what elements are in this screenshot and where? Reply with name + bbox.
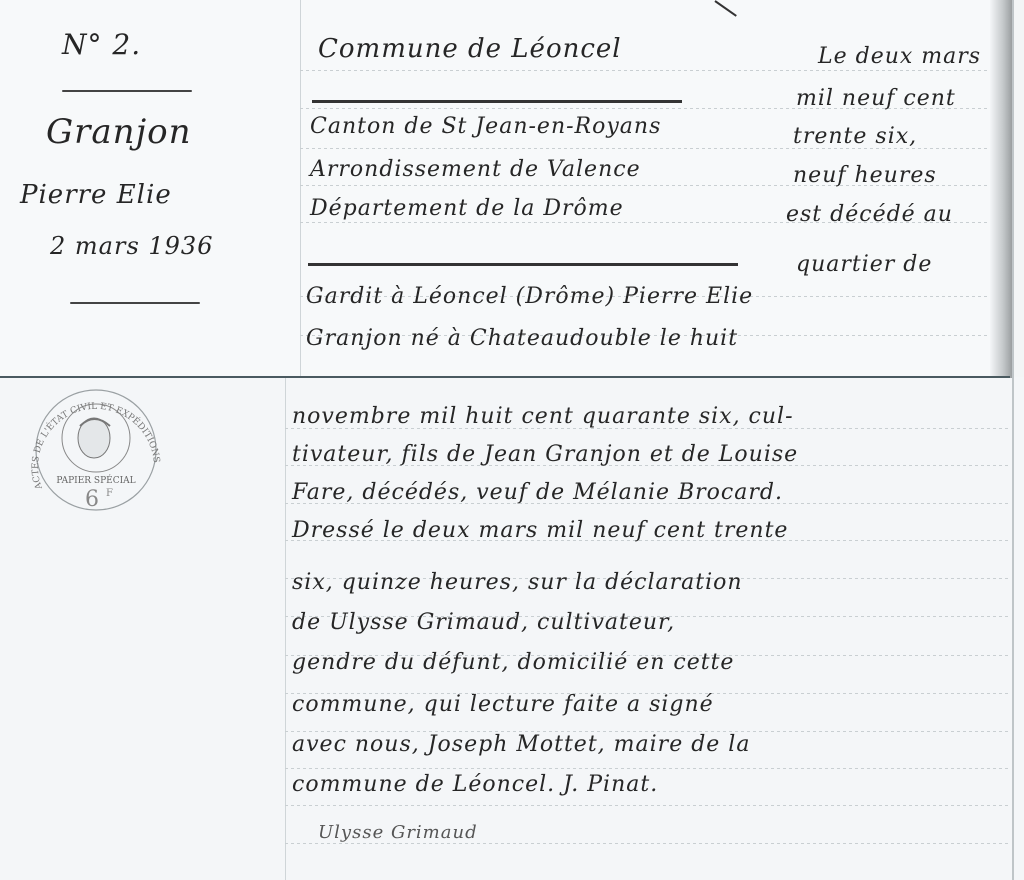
body-line: Granjon né à Chateaudouble le huit — [306, 326, 738, 351]
record-number: N° 2. — [62, 28, 141, 61]
svg-text:6: 6 — [85, 487, 99, 512]
right-line: trente six, — [793, 124, 917, 149]
signature: Ulysse Grimaud — [318, 822, 478, 843]
body-line: commune de Léoncel. J. Pinat. — [292, 772, 658, 797]
ruled-line — [285, 768, 1010, 769]
right-line: mil neuf cent — [796, 86, 956, 111]
right-line: Le deux mars — [818, 44, 981, 69]
stamp-seal-icon: ACTES DE L'ÉTAT CIVIL ET EXPÉDITIONS PAP… — [22, 388, 170, 514]
body-line: six, quinze heures, sur la déclaration — [292, 570, 743, 595]
right-line: neuf heures — [793, 163, 937, 188]
body-line: de Ulysse Grimaud, cultivateur, — [292, 610, 675, 635]
right-line: quartier de — [796, 252, 932, 277]
margin-given-names: Pierre Elie — [20, 180, 172, 210]
svg-text:PAPIER SPÉCIAL: PAPIER SPÉCIAL — [56, 474, 135, 486]
svg-text:F: F — [106, 488, 113, 499]
body-line: novembre mil huit cent quarante six, cul… — [292, 404, 794, 429]
header-arrondissement: Arrondissement de Valence — [310, 157, 641, 182]
right-line: est décédé au — [786, 202, 953, 227]
body-line: commune, qui lecture faite a signé — [292, 692, 714, 717]
body-line: Dressé le deux mars mil neuf cent trente — [292, 518, 788, 543]
ruled-line — [300, 70, 990, 71]
ruled-line — [285, 805, 1010, 806]
tax-stamp: ACTES DE L'ÉTAT CIVIL ET EXPÉDITIONS PAP… — [22, 388, 170, 514]
body-line: tivateur, fils de Jean Granjon et de Lou… — [292, 442, 798, 467]
page-fold-shadow — [990, 0, 1012, 378]
body-line: avec nous, Joseph Mottet, maire de la — [292, 732, 750, 757]
margin-surname: Granjon — [46, 112, 192, 152]
body-line: gendre du défunt, domicilié en cette — [292, 650, 734, 675]
header-commune: Commune de Léoncel — [318, 34, 622, 64]
page-edge — [1012, 0, 1014, 880]
margin-divider — [62, 90, 192, 92]
body-line: Gardit à Léoncel (Drôme) Pierre Elie — [306, 284, 753, 309]
header-departement: Département de la Drôme — [310, 196, 624, 221]
margin-date: 2 mars 1936 — [50, 232, 213, 260]
header-canton: Canton de St Jean-en-Royans — [310, 114, 661, 139]
header-rule — [308, 263, 738, 266]
body-line: Fare, décédés, veuf de Mélanie Brocard. — [292, 480, 783, 505]
header-rule — [312, 100, 682, 103]
page-split-line — [0, 376, 1010, 378]
margin-divider — [70, 302, 200, 304]
column-rule — [300, 0, 301, 376]
ruled-line — [285, 843, 1010, 844]
